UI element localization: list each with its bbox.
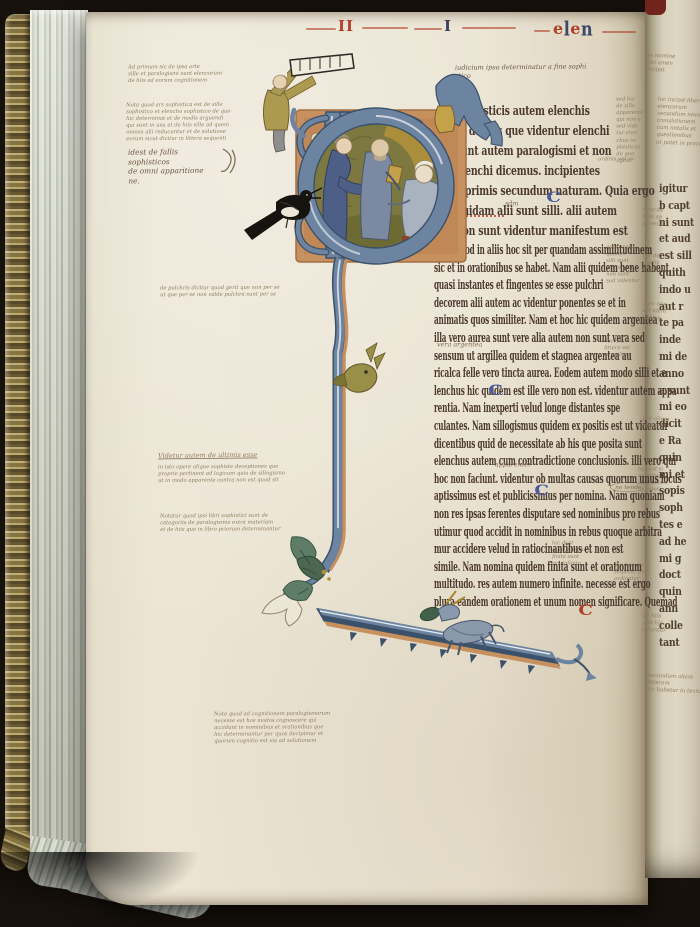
binding-notch xyxy=(645,0,666,15)
page-edges-stack xyxy=(30,10,88,850)
book-spine-band xyxy=(5,14,30,836)
facing-text-fragment: indo u xyxy=(659,283,694,300)
photo-shadow xyxy=(0,852,280,927)
facing-text-fragment: tant xyxy=(659,636,694,653)
facing-text-fragment: inde xyxy=(659,333,694,350)
facing-text-fragment: soph xyxy=(659,501,694,518)
pen-flourish-line xyxy=(414,28,442,30)
pen-flourish-line xyxy=(602,31,636,33)
illuminated-initial-artwork xyxy=(240,52,600,692)
pen-flourish-line xyxy=(306,28,336,30)
pen-trial-mark xyxy=(219,146,239,176)
facing-text-fragment: tes e xyxy=(659,518,694,535)
figure-master xyxy=(361,152,393,240)
facing-text-fragment: a sunt xyxy=(659,384,694,401)
manuscript-photo: II I elen iudicium ipso determinatur a f… xyxy=(0,0,700,927)
facing-gloss-a: nota de sille ap parente xyxy=(642,206,674,229)
running-title-letter: e xyxy=(553,19,564,38)
facing-gloss-c: quia non est idem modus xyxy=(642,300,674,323)
running-title: elen xyxy=(553,19,593,38)
facing-gloss-top-2: hic incipit liber elencorum secundum nov… xyxy=(656,96,700,148)
pen-flourish-line xyxy=(462,27,516,29)
facing-text-fragment: et aud xyxy=(659,232,694,249)
decorated-bar-vertical xyxy=(324,258,347,570)
facing-text-fragment: mi de xyxy=(659,350,694,367)
facing-gloss-b: hic de modis arguendi xyxy=(642,252,674,275)
folio-numeral: I xyxy=(444,17,452,35)
facing-text-fragment: ad he xyxy=(659,535,694,552)
facing-text-fragment: quin xyxy=(659,451,694,468)
running-title-letter: n xyxy=(581,17,593,41)
pen-flourish-line xyxy=(534,30,550,32)
facing-text-fragment: mi g xyxy=(659,552,694,569)
running-title-letter: e xyxy=(570,19,581,38)
facing-text-fragment: igitur xyxy=(659,182,694,199)
facing-gloss-bottom: secundum aliam litteram sic habetur in t… xyxy=(647,672,700,696)
facing-text-fragment: anno xyxy=(659,367,694,384)
satchel xyxy=(435,106,455,133)
gloss-left-3: idest de fallis sophisticos de omni appa… xyxy=(128,148,227,187)
facing-text-fragment: doct xyxy=(659,568,694,585)
facing-gloss-d: per alium modum xyxy=(642,415,674,431)
gloss-bottom: Nota quod ad cognitionem paralogismorum … xyxy=(214,710,345,745)
facing-text-fragment: mi eo xyxy=(659,400,694,417)
pen-flourish-line xyxy=(362,27,408,29)
facing-text-fragment: quin xyxy=(659,585,694,602)
facing-text-fragment: sopis xyxy=(659,484,694,501)
facing-text-fragment: e Ra xyxy=(659,434,694,451)
quire-numeral: II xyxy=(338,17,354,35)
decorated-bar-diagonal xyxy=(316,608,597,681)
gloss-left-1: Ad primum sic de ipsa arte sille et para… xyxy=(128,63,256,84)
running-title-letter: l xyxy=(564,17,571,41)
facing-gloss-e: de hiis que hic dicuntur xyxy=(642,612,674,635)
facing-text-fragment: mi et xyxy=(659,468,694,485)
facing-gloss-top-1: in nomine dei amen incipit xyxy=(647,52,695,75)
